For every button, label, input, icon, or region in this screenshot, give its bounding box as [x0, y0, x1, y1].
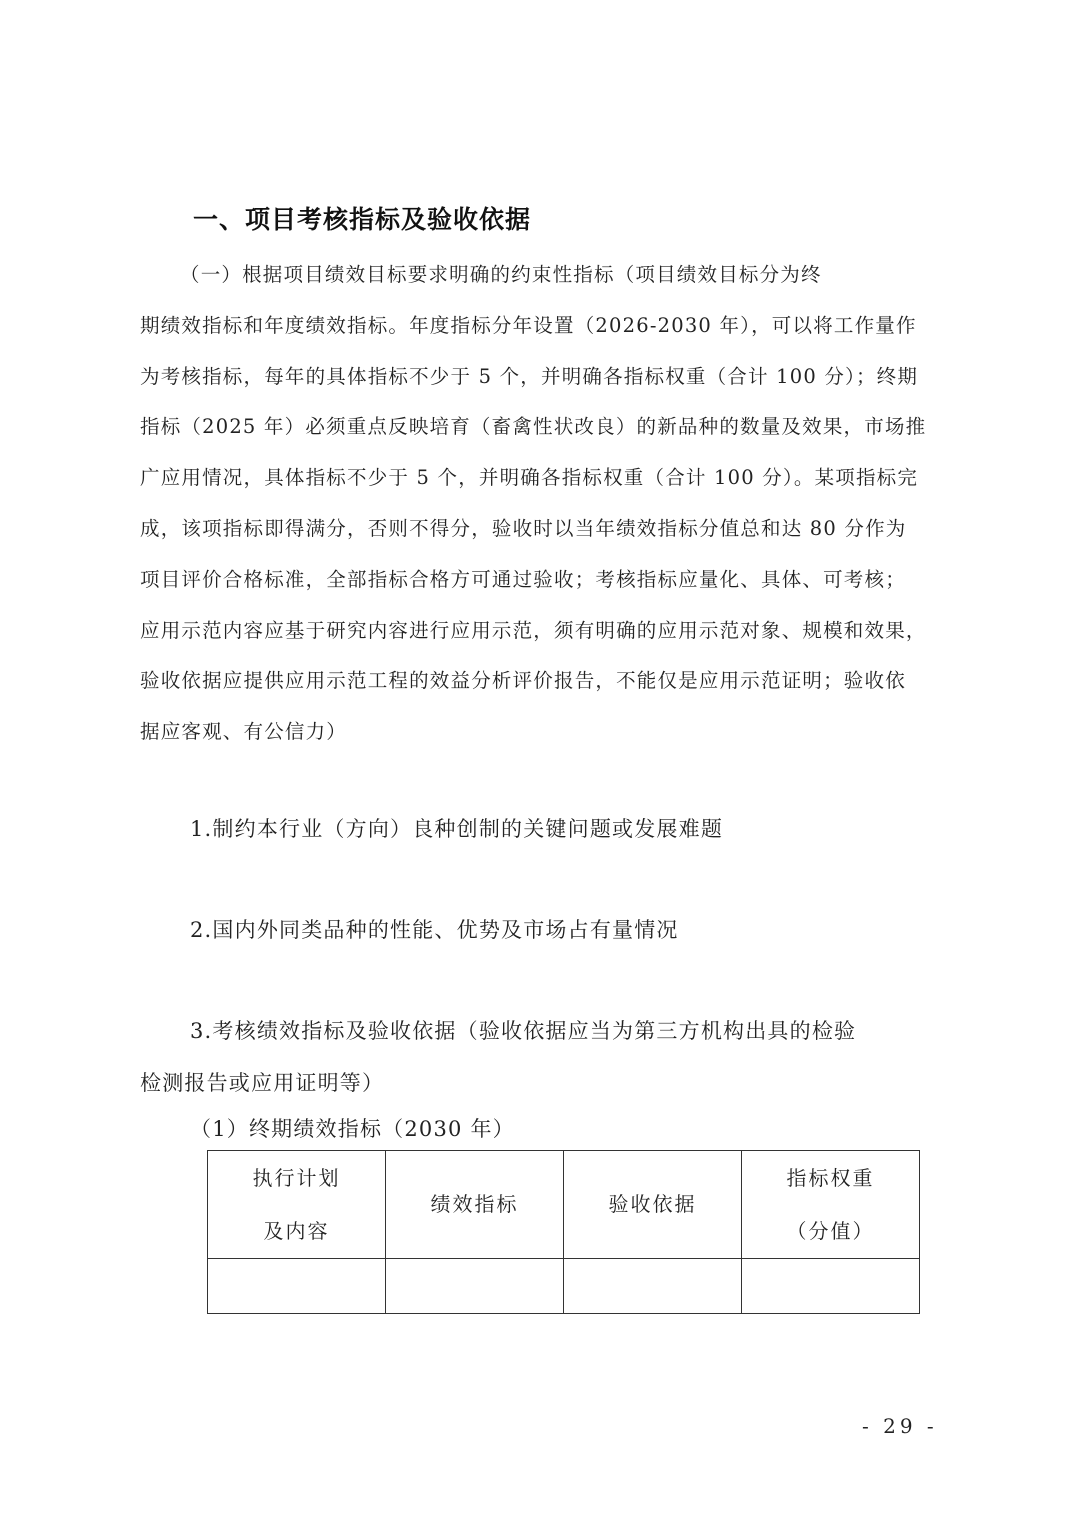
paragraph-line: 验收依据应提供应用示范工程的效益分析评价报告，不能仅是应用示范证明；验收依	[140, 656, 936, 707]
paragraph-line: 据应客观、有公信力）	[140, 707, 936, 758]
constraint-indicator-paragraph: （一）根据项目绩效目标要求明确的约束性指标（项目绩效目标分为终 期绩效指标和年度…	[140, 250, 936, 758]
item-3-line: 检测报告或应用证明等）	[140, 1057, 936, 1109]
item-3-performance-indicators: 3.考核绩效指标及验收依据（验收依据应当为第三方机构出具的检验 检测报告或应用证…	[140, 1005, 936, 1109]
header-text: 验收依据	[564, 1178, 741, 1231]
final-indicators-subheading: （1）终期绩效指标（2030 年）	[190, 1113, 515, 1143]
table-cell	[208, 1259, 386, 1314]
header-cell-acceptance-basis: 验收依据	[564, 1151, 742, 1259]
paragraph-line: 成，该项指标即得满分，否则不得分，验收时以当年绩效指标分值总和达 80 分作为	[140, 504, 936, 555]
paragraph-line: 指标（2025 年）必须重点反映培育（畜禽性状改良）的新品种的数量及效果，市场推	[140, 402, 936, 453]
header-text: 绩效指标	[386, 1178, 563, 1231]
item-1-key-problems: 1.制约本行业（方向）良种创制的关键问题或发展难题	[190, 813, 723, 843]
header-text: 指标权重	[742, 1152, 919, 1205]
paragraph-line: 应用示范内容应基于研究内容进行应用示范，须有明确的应用示范对象、规模和效果，	[140, 606, 936, 657]
header-cell-weight: 指标权重 （分值）	[742, 1151, 920, 1259]
paragraph-line: 为考核指标，每年的具体指标不少于 5 个，并明确各指标权重（合计 100 分）；…	[140, 352, 936, 403]
paragraph-line: 期绩效指标和年度绩效指标。年度指标分年设置（2026-2030 年），可以将工作…	[140, 301, 936, 352]
table-cell	[742, 1259, 920, 1314]
paragraph-line: （一）根据项目绩效目标要求明确的约束性指标（项目绩效目标分为终	[140, 250, 936, 301]
item-2-market-comparison: 2.国内外同类品种的性能、优势及市场占有量情况	[190, 914, 679, 944]
header-text: （分值）	[742, 1205, 919, 1258]
header-cell-plan: 执行计划 及内容	[208, 1151, 386, 1259]
paragraph-line: 广应用情况，具体指标不少于 5 个，并明确各指标权重（合计 100 分）。某项指…	[140, 453, 936, 504]
document-page: 一、项目考核指标及验收依据 （一）根据项目绩效目标要求明确的约束性指标（项目绩效…	[0, 0, 1074, 1520]
table-cell	[386, 1259, 564, 1314]
page-number: - 29 -	[862, 1414, 938, 1438]
table-header-row: 执行计划 及内容 绩效指标 验收依据 指标权重 （分值）	[208, 1151, 920, 1259]
section-heading: 一、项目考核指标及验收依据	[193, 200, 531, 236]
header-cell-indicator: 绩效指标	[386, 1151, 564, 1259]
table-row	[208, 1259, 920, 1314]
final-indicators-table: 执行计划 及内容 绩效指标 验收依据 指标权重 （分值）	[207, 1150, 920, 1314]
table-cell	[564, 1259, 742, 1314]
header-text: 及内容	[208, 1205, 385, 1258]
paragraph-line: 项目评价合格标准，全部指标合格方可通过验收；考核指标应量化、具体、可考核；	[140, 555, 936, 606]
item-3-line: 3.考核绩效指标及验收依据（验收依据应当为第三方机构出具的检验	[140, 1005, 936, 1057]
header-text: 执行计划	[208, 1152, 385, 1205]
